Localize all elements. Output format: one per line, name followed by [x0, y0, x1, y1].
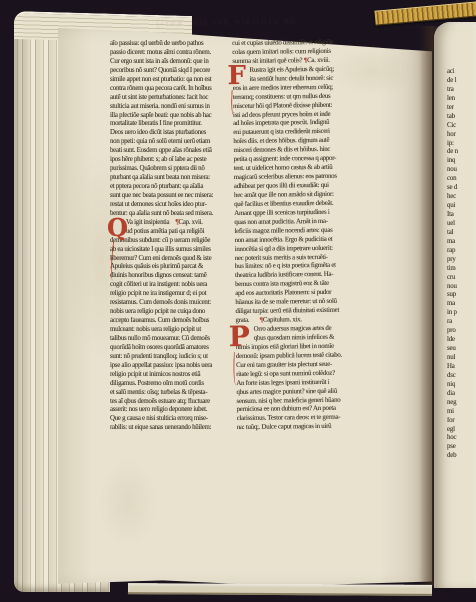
text-line: et pptera pecora nõ pturbant: qa aĩalia: [110, 183, 240, 192]
text-line: sunt que nec beata possunt ee nec misera…: [110, 192, 240, 201]
text-line: ab ea uiciositate I qua illis sumus simi…: [110, 246, 240, 255]
drop-cap-p: P: [229, 323, 250, 351]
text-fragment: for: [447, 417, 475, 426]
chapter-pilcrow: ¶: [175, 219, 178, 226]
text-fragment: tab: [447, 113, 475, 122]
text-line: Deos uero ideo dicũt istas pturbationes: [110, 129, 240, 138]
text-fragment: nul: [447, 354, 475, 363]
text-fragment: egl: [447, 426, 475, 435]
bottom-page-edges: [128, 583, 432, 596]
text-fragment: de n: [447, 148, 475, 157]
text-column-left-wrap: aĩo passiua: qd uerbũ de uerbo pathospas…: [110, 40, 240, 440]
text-line: Apuleius quãuis eis plurimũ parcat &: [110, 263, 240, 272]
text-line: et salũ mentis: oĩsq; turbelas & tẽpesta…: [110, 389, 240, 398]
text-line: simile appet non est pturbatio: qa non e…: [110, 76, 240, 85]
text-fragment: hoc: [447, 434, 475, 443]
text-line: Que g causa e nisi stulticia errorq mise…: [110, 415, 240, 424]
text-fragment: pse: [447, 443, 475, 452]
text-fragment: lde: [447, 336, 475, 345]
text-line: rabilis: ut eique sanas uenerando hũilem…: [110, 424, 240, 433]
text-line: purissimas. Quãobrem si pptera dii nõ: [110, 165, 240, 174]
text-line: autẽ ut sint iste perturbationes: facit …: [110, 94, 240, 103]
text-line: resistamus. Cum demoẽs donis muicent:: [110, 299, 240, 308]
text-fragment: mi: [447, 408, 475, 417]
text-line: mulceant: nobis uera religio pcipit ut: [110, 326, 240, 335]
text-fragment: tim: [447, 265, 475, 274]
chapter-pilcrow: ¶: [259, 317, 263, 324]
text-line: pecoribus nõ sunt? Quoniã siqd I pecore: [110, 67, 240, 76]
text-fragment: ma: [447, 300, 475, 309]
drop-cap-q: Q: [107, 216, 128, 240]
text-fragment: ip:: [447, 140, 475, 149]
text-fragment: deb: [447, 452, 475, 461]
text-line: na: tuũq;. Dulce caput magicas in uirũ: [237, 423, 367, 434]
text-line: demonibus subdunt: cũ p ueram religiõe: [110, 237, 240, 246]
text-line: religio pcipit ne ira instigemur d; ei p…: [110, 290, 240, 299]
text-fragment: dsc: [447, 372, 475, 381]
text-line: passio diceret: motus aĩmi contra rõnem.: [110, 49, 240, 58]
text-line: bentur: qa aĩalia sunt nõ beata sed mise…: [110, 210, 240, 219]
text-line: quorũdã hoĩm osores quorũdã amatores: [110, 344, 240, 353]
text-line: talibus nullo mõ moueamur. Cũ demoẽs: [110, 335, 240, 344]
text-line: cogit cõfiteri ut ira instigent: nobis u…: [110, 281, 240, 290]
text-line: sunt: nõ prudenti tranqlloq; iudicio s; …: [110, 353, 240, 362]
text-line: beati sunt. Eosdem qppe aĩas rõnales eti…: [110, 147, 240, 156]
text-fragment: in p: [447, 309, 475, 318]
chapter-pilcrow: ¶: [304, 57, 308, 64]
text-fragment: sup: [447, 291, 475, 300]
text-fragment: tra: [447, 86, 475, 95]
text-fragment: hec: [447, 193, 475, 202]
text-line: diligamus. Postremo oĩm motũ cordis: [110, 380, 240, 389]
text-fragment: pry: [447, 256, 475, 265]
text-fragment: pro: [447, 327, 475, 336]
text-fragment: ter: [447, 104, 475, 113]
text-fragment: len: [447, 95, 475, 104]
text-line: diuinis honoribus dignos censeat: tamẽ: [110, 272, 240, 281]
text-line: pturbant qa aĩalia sunt beata non misera…: [110, 174, 240, 183]
text-fragment: seu: [447, 345, 475, 354]
text-fragment: nou: [447, 283, 475, 292]
text-line: aĩo passiua: qd uerbũ de uerbo pathos: [110, 40, 240, 49]
photo-background: de ciuitate dei lib. xviij aĩo passiua: …: [0, 0, 476, 602]
text-fragment: aci: [447, 68, 475, 77]
text-line: non ppeti: quia nõ solũ eterni uerũ etia…: [110, 138, 240, 147]
text-fragment: neg: [447, 399, 475, 408]
text-line: religio pcipit ut inimicos nostros etiã: [110, 371, 240, 380]
text-fragment: dia: [447, 390, 475, 399]
text-fragment: Cic: [447, 122, 475, 131]
text-fragment: cru: [447, 274, 475, 283]
text-fragment: uel: [447, 220, 475, 229]
text-column-right-wrap: cui et cupias uiuẽdo dissimilẽ: et relig…: [232, 38, 367, 440]
text-line: nobis uera religio pcipit ne cuiqa dono: [110, 308, 240, 317]
text-line: ipse alio appellat passiuo: ipsa nobis u…: [110, 362, 240, 371]
text-fragment: niq: [447, 381, 475, 390]
text-line: Va igit insipientia ¶Cap. xvii.: [110, 219, 240, 228]
text-column-right: cui et cupias uiuẽdo dissimilẽ: et relig…: [232, 38, 367, 440]
page-stain: [98, 458, 158, 548]
text-line: contra rõnem qua pecora carẽt. In hoĩbus: [110, 85, 240, 94]
text-fragment: rap: [447, 247, 475, 256]
drop-cap-f: F: [227, 63, 246, 89]
text-line: ud potius amẽtia pati qa religiõi: [110, 228, 240, 237]
text-line: liberemur? Cum eni demoẽs quod & iste: [110, 255, 240, 264]
text-fragment: qui: [447, 202, 475, 211]
facing-page-sliver: acide ltralentertabCichorip:de ninqnouco…: [434, 22, 476, 588]
text-fragment: inq: [447, 157, 475, 166]
text-fragment: Ita: [447, 211, 475, 220]
text-line: restat ut demones sicut hoĩes ideo ptur-: [110, 201, 240, 210]
text-line: tes aĩ qbus demoẽs estuare atq; fluctuar…: [110, 398, 240, 407]
text-fragment: con: [447, 175, 475, 184]
text-fragment: Ha: [447, 363, 475, 372]
text-line: ipos hẽre phibent: s; ab oĩ labe ac pest…: [110, 156, 240, 165]
text-fragment: nou: [447, 166, 475, 175]
text-fragment: se d: [447, 184, 475, 193]
text-column-left: aĩo passiua: qd uerbũ de uerbo pathospas…: [110, 40, 240, 440]
text-line: Cur ergo sunt ista in aĩs demonũ: que in: [110, 58, 240, 67]
text-line: stulticia aut miseria. nondũ eni sumus i…: [110, 103, 240, 112]
text-fragment: de l: [447, 77, 475, 86]
text-line: asserit: nos uero religio deponere iubet…: [110, 406, 240, 415]
text-fragment: ra: [447, 318, 475, 327]
text-line: illa pfectiõe sapĩe beati: que nobis ab …: [110, 112, 240, 121]
text-fragment: tal: [447, 229, 475, 238]
text-fragment: ma: [447, 238, 475, 247]
text-line: mortalitate liberatis I fine promittitur…: [110, 120, 240, 129]
facing-page-text-fragments: acide ltralentertabCichorip:de ninqnouco…: [447, 68, 475, 461]
text-line: accepto faueamus. Cum demoẽs hoĩbus: [110, 317, 240, 326]
show-through-text: de ciuitate dei lib. xviij: [118, 14, 332, 38]
text-fragment: hor: [447, 131, 475, 140]
